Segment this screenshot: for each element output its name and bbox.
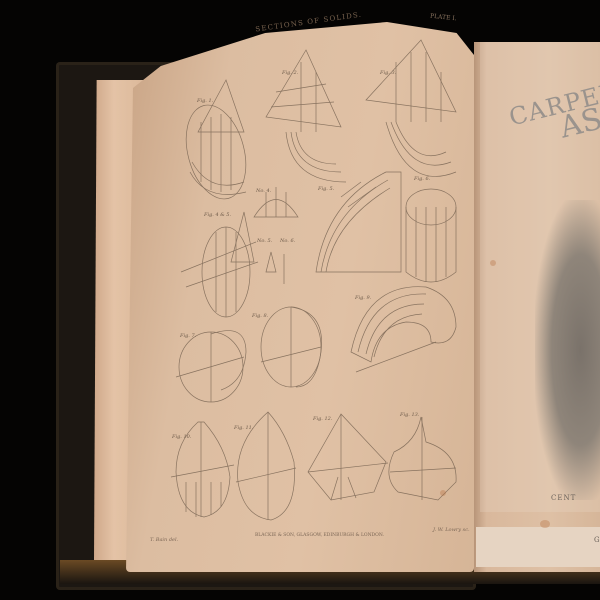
figure-label: Fig. 9. (355, 295, 371, 301)
plate-footer-engraver: J. W. Lowry sc. (433, 527, 470, 533)
figure-label: No. 4. (256, 188, 271, 194)
foxing-stain (440, 490, 446, 496)
figure-label: No. 5. (257, 238, 272, 244)
figure-label: Fig. 1. (197, 98, 213, 104)
figure-label: Fig. 2. (282, 70, 298, 76)
plate-footer-artist: T. Bain del. (150, 537, 178, 543)
figure-label: Fig. 5. (318, 186, 334, 192)
figure-label: Fig. 7. (180, 333, 196, 339)
foxing-stain (490, 260, 496, 266)
plate-footer-publisher: BLACKIE & SON, GLASGOW, EDINBURGH & LOND… (255, 533, 384, 538)
frontispiece-engraving (535, 200, 600, 500)
figure-label: Fig. 6. (414, 176, 430, 182)
title-page-caption-lower: G (594, 536, 600, 544)
figure-label: Fig. 11. (234, 425, 253, 431)
figure-label: Fig. 3. (380, 70, 396, 76)
figure-label: Fig. 13. (400, 412, 419, 418)
figure-label: Fig. 12. (313, 416, 332, 422)
plate-number: PLATE I. (430, 13, 457, 23)
figure-label: No. 6. (280, 238, 295, 244)
title-page-caption: CENT (551, 494, 576, 502)
figure-label: Fig. 4 & 5. (204, 212, 231, 218)
figure-label: Fig. 8. (252, 313, 268, 319)
foxing-stain (540, 520, 550, 528)
geometric-figures-drawing (126, 22, 474, 542)
figure-label: Fig. 10. (172, 434, 191, 440)
title-page-lower-band (476, 527, 600, 567)
